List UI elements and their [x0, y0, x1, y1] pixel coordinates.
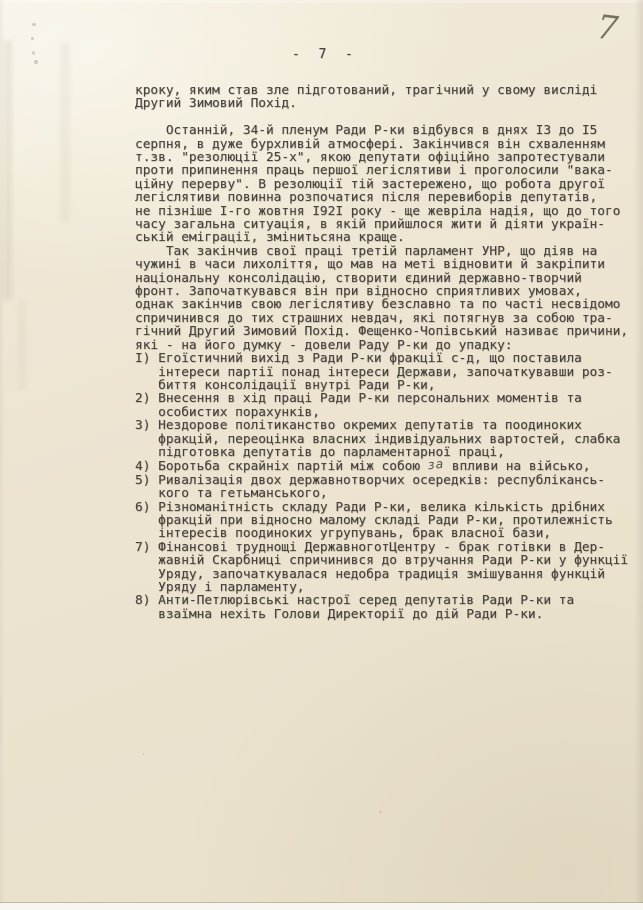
list-item-line: інтересів поодиноких угрупувань, брак вл…	[135, 527, 635, 540]
text-line: серпня, в дуже бурхливій атмосфері. Закі…	[135, 138, 635, 151]
list-item-line: взаїмна нехіть Голови Директорії до дій …	[135, 608, 635, 621]
typed-page-number: - 7 -	[292, 47, 354, 62]
list-item-line: кого та гетьманського,	[135, 487, 635, 500]
handwritten-insertion: за	[427, 457, 444, 472]
text-line: Останній, 34-й пленум Ради Р-ки відбувся…	[135, 124, 635, 137]
text-line: Другий Зимовий Похід.	[135, 97, 635, 110]
document-text: кроку, яким став зле підготований, трагі…	[135, 84, 635, 621]
ink-speck	[31, 37, 34, 40]
list-item-line: фракцій, переоцінка власних індивідуальн…	[135, 433, 635, 446]
handwritten-page-number: 7	[595, 7, 621, 48]
scan-right-edge	[634, 0, 643, 910]
list-item-line-with-insertion: 4) Боротьба скрайніх партій між собою за…	[135, 459, 635, 473]
text-line: однак закінчив свою легіслятиву безславн…	[135, 298, 635, 311]
list-item-line: І) Егоїстичний вихід з Ради Р-ки фракції…	[135, 352, 635, 365]
text-line: чужині в часи лихоліття, що мав на меті …	[135, 258, 635, 271]
ink-bleedthrough	[4, 40, 12, 300]
ink-speck	[142, 753, 144, 755]
list-item-line: 5) Ривалізація двох державнотворчих осер…	[135, 474, 635, 487]
scan-top-edge	[0, 0, 643, 3]
ink-speck	[34, 60, 38, 64]
ink-bleedthrough	[18, 300, 26, 390]
text-line: легіслятиви повинна розпочатися після пе…	[135, 191, 635, 204]
list-item-line: Уряду, започаткувалася недобра традиція …	[135, 568, 635, 581]
list-item-line: підготовка депутатів до парламентарної п…	[135, 446, 635, 459]
ink-speck	[379, 811, 382, 813]
list-item-line: 3) Нездорове політиканство окремих депут…	[135, 419, 635, 432]
ink-bleedthrough	[60, 42, 70, 222]
text-line: проти припинення праць першої легіслятив…	[135, 164, 635, 177]
list-item-line: жавній Скарбниці спричинився до втручанн…	[135, 554, 635, 567]
ink-speck	[32, 51, 35, 55]
text-line: гічний Другий Зимовий Похід. Фещенко-Чоп…	[135, 325, 635, 338]
text-line: ській еміграції, змінитьсяна краще.	[135, 231, 635, 244]
list-item-line: інтереси партії понад інтереси Держави, …	[135, 366, 635, 379]
list-item-line: 6) Різноманітність складу Ради Р-ки, вел…	[135, 501, 635, 514]
scan-bottom-edge	[0, 903, 643, 910]
document-scan-page: 7 - 7 - кроку, яким став зле підготовани…	[0, 0, 643, 910]
list-item-line: 8) Анти-Петлюрівські настрої серед депут…	[135, 594, 635, 607]
scan-left-edge	[0, 0, 5, 910]
list-item-line: 2) Внесення в хід праці Ради Р-ки персон…	[135, 392, 635, 405]
ink-speck	[32, 23, 36, 26]
